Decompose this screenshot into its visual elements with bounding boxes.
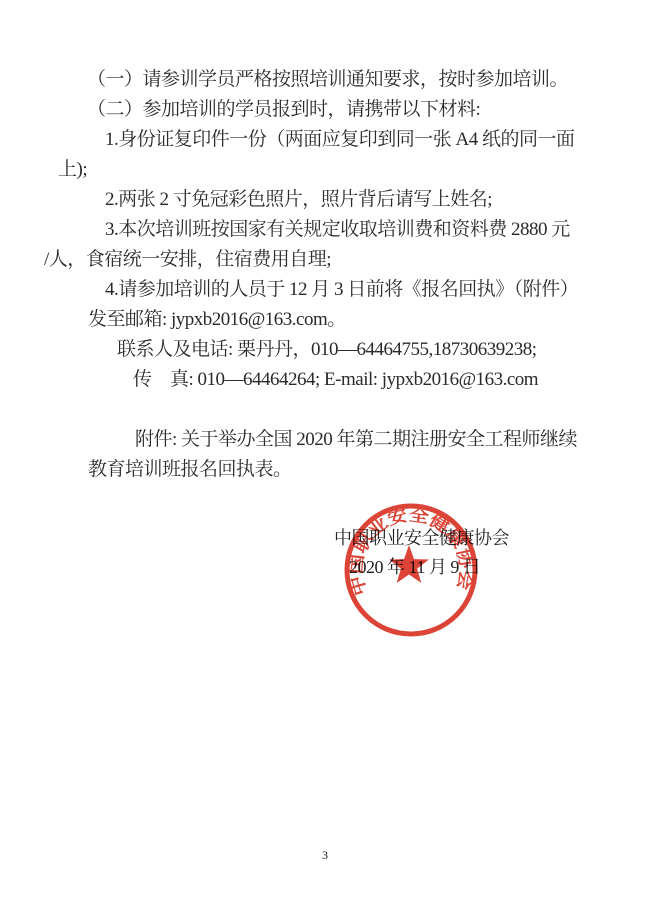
- attachment-note-line: 教育培训班报名回执表。: [88, 459, 292, 481]
- seal-star-icon: [389, 545, 429, 583]
- attachment-note-line: 附件: 关于举办全国 2020 年第二期注册安全工程师继续: [135, 429, 577, 451]
- seal-ring-text: 中国职业安全健康协会: [346, 504, 477, 598]
- body-line: 1.身份证复印件一份（两面应复印到同一张 A4 纸的同一面: [105, 129, 574, 151]
- fax-email-line: 传 真: 010—64464264; E-mail: jypxb2016@163…: [133, 369, 538, 391]
- body-line: （一）请参训学员严格按照培训通知要求，按时参加培训。: [87, 69, 568, 91]
- body-line: 上);: [58, 159, 87, 181]
- body-line: （二）参加培训的学员报到时，请携带以下材料:: [87, 99, 480, 121]
- document-page: （一）请参训学员严格按照培训通知要求，按时参加培训。 （二）参加培训的学员报到时…: [0, 0, 650, 919]
- body-line: 发至邮箱: jypxb2016@163.com。: [88, 309, 346, 331]
- contact-line: 联系人及电话: 栗丹丹，010—64464755,18730639238;: [117, 339, 537, 361]
- official-seal: 中国职业安全健康协会: [340, 499, 484, 643]
- body-line: /人，食宿统一安排，住宿费用自理;: [44, 249, 331, 271]
- page-number: 3: [0, 848, 650, 863]
- body-line: 3.本次培训班按国家有关规定收取培训费和资料费 2880 元: [105, 219, 570, 241]
- body-line: 4.请参加培训的人员于 12 月 3 日前将《报名回执》（附件）: [105, 279, 578, 301]
- body-line: 2.两张 2 寸免冠彩色照片，照片背后请写上姓名;: [105, 189, 492, 211]
